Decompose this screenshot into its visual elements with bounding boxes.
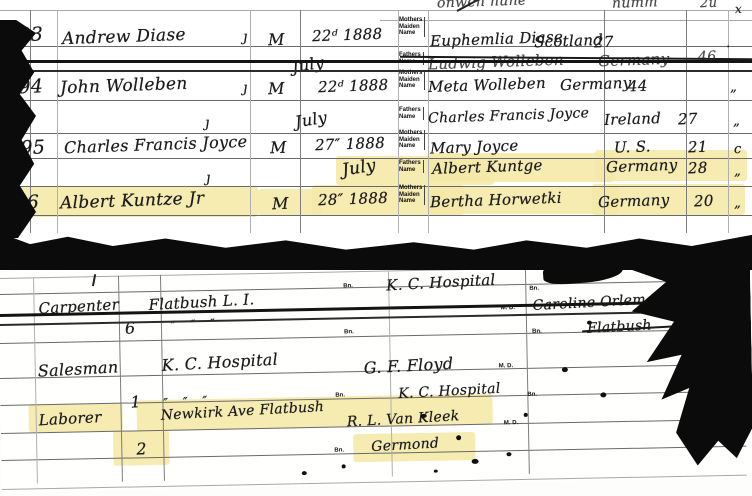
check-mark: ȷ — [243, 29, 248, 45]
mothers-maiden-name-label: Mothers Maiden Name — [399, 185, 425, 205]
mothers-maiden-name-label: Mothers Maiden Name — [399, 17, 425, 37]
bn-printed-label: Bn. — [344, 329, 354, 335]
mothers-maiden-name-label: Mothers Maiden Name — [399, 130, 425, 150]
toner-speck — [472, 459, 479, 464]
column-line — [57, 10, 58, 233]
father-age: 28 — [688, 159, 708, 178]
mother-age: 20 — [694, 192, 714, 211]
handwriting-age-fragment: 2u — [700, 0, 718, 11]
ruled-line — [0, 215, 752, 216]
mother-name: Meta Wolleben — [428, 74, 546, 96]
register-scan-bottom: K. C. Hospital Bn. Bn. Carpenter Flatbus… — [0, 258, 752, 492]
ditto-mark: x — [735, 2, 743, 16]
ditto-mark: „ — [734, 196, 742, 211]
register-scan-top: onwen nune numm 2u x Mothers Maiden Name… — [0, 0, 752, 270]
toner-speck — [587, 321, 592, 325]
column-line — [525, 268, 530, 474]
ditto-mark: „ — [733, 114, 741, 129]
record-separator-line — [0, 60, 752, 72]
toner-speck — [456, 435, 461, 440]
address-entry: K. C. Hospital — [161, 350, 278, 375]
md-printed-label: M. D. — [499, 363, 513, 369]
bn-printed-label: Bn. — [335, 392, 345, 398]
sex-entry: M — [272, 194, 289, 214]
fathers-name-label: Fathers Name — [399, 160, 424, 173]
mother-age: 27 — [594, 33, 614, 52]
ruled-line — [0, 100, 752, 101]
child-name: Charles Francis Joyce — [64, 132, 248, 157]
toner-speck — [434, 470, 438, 473]
check-mark: ȷ — [206, 170, 211, 186]
toner-smudge — [0, 233, 752, 270]
sex-entry: M — [268, 79, 285, 99]
toner-speck — [342, 464, 346, 468]
mother-age: 44 — [628, 77, 648, 96]
father-age: 27 — [678, 110, 698, 129]
bn-printed-label: Bn. — [343, 283, 353, 289]
father-name: Albert Kuntge — [432, 156, 543, 178]
hospital-entry: K. C. Hospital — [386, 271, 496, 295]
mother-birthplace: U. S. — [614, 137, 651, 156]
bn-printed-label: Bn. — [334, 447, 344, 453]
father-birthplace: Ireland — [604, 109, 662, 129]
father-name: Charles Francis Joyce — [428, 105, 590, 127]
physician-name: G. F. Floyd — [363, 354, 454, 378]
fathers-name-label: Fathers Name — [399, 107, 424, 120]
occupation-entry: Laborer — [38, 408, 102, 429]
sex-entry: M — [270, 138, 287, 158]
column-line — [33, 277, 38, 483]
toner-speck — [524, 413, 528, 417]
ditto-mark: . — [726, 36, 731, 51]
birth-date: 22ᵈ 1888 — [312, 25, 383, 45]
ditto-mark: „ — [734, 164, 742, 179]
count-entry: 1 — [130, 392, 141, 412]
check-mark: ȷ — [243, 80, 248, 96]
mother-age: 21 — [688, 138, 708, 157]
column-line — [250, 10, 251, 233]
toner-speck — [600, 392, 606, 397]
sex-entry: M — [268, 30, 285, 50]
mothers-maiden-name-label: Mothers Maiden Name — [399, 70, 425, 90]
md-printed-label: M. D. — [504, 420, 518, 426]
ruled-line — [380, 20, 752, 21]
ditto-mark: „ — [730, 80, 738, 95]
toner-speck — [302, 471, 307, 475]
bn-printed-label: Bn. — [532, 329, 542, 335]
mother-birthplace: Germany — [560, 74, 632, 94]
check-mark: ȷ — [205, 115, 210, 131]
bn-printed-label: Bn. — [527, 392, 537, 398]
mother-birthplace: Germany — [598, 191, 670, 211]
father-birthplace: Germany — [606, 156, 678, 176]
birth-date: 28″ 1888 — [318, 189, 389, 209]
mother-name: Mary Joyce — [430, 136, 519, 157]
count-entry: 2 — [136, 439, 147, 459]
occupation-entry: Salesman — [37, 357, 119, 380]
fragment-bottom-edge — [2, 475, 747, 490]
birth-date: 22ᵈ 1888 — [318, 76, 389, 96]
birth-date: 27″ 1888 — [315, 134, 386, 154]
document-scan: onwen nune numm 2u x Mothers Maiden Name… — [0, 0, 752, 496]
ditto-mark: c — [734, 142, 742, 157]
birth-month: July — [294, 108, 329, 132]
ruled-line — [0, 186, 752, 187]
handwriting-illegible: numm — [612, 0, 658, 12]
toner-speck — [562, 367, 568, 372]
toner-speck — [506, 452, 511, 456]
child-name: John Wolleben — [60, 74, 188, 98]
bn-printed-label: Bn. — [529, 286, 539, 292]
